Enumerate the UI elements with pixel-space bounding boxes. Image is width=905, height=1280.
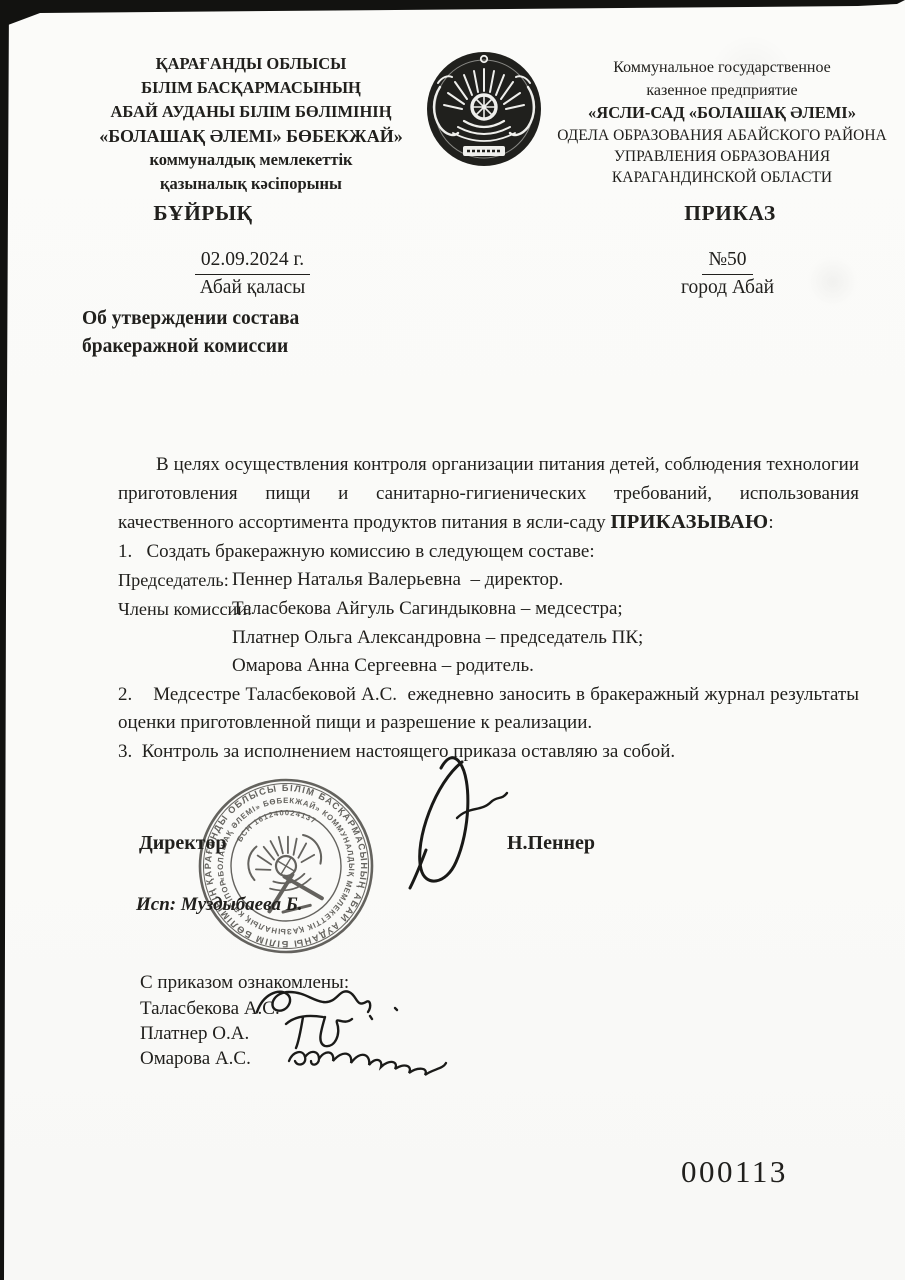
org-name-russian: Коммунальное государственное казенное пр… [548,57,896,188]
org-ru-line: «ЯСЛИ-САД «БОЛАШАҚ ӘЛЕМІ» [548,102,896,125]
org-name-kazakh: ҚАРАҒАНДЫ ОБЛЫСЫ БІЛІМ БАСҚАРМАСЫНЫҢ АБА… [72,52,430,196]
subject-line: Об утверждении состава [82,305,299,333]
ack-name: Омарова А.С. [140,1048,251,1069]
order-subject: Об утверждении состава бракеражной комис… [82,305,299,360]
ack-name: Платнер О.А. [140,1023,249,1044]
org-ru-line: ОДЕЛА ОБРАЗОВАНИЯ АБАЙСКОГО РАЙОНА [548,125,896,146]
order-title-russian: ПРИКАЗ [645,201,815,226]
intro-keyword: ПРИКАЗЫВАЮ [610,511,768,533]
order-date: 02.09.2024 г. [195,247,310,275]
org-ru-line: КАРАГАНДИНСКОЙ ОБЛАСТИ [548,167,896,188]
order-number: №50 [702,247,752,275]
order-place-kk: Абай қаласы [155,275,350,301]
org-ru-line: казенное предприятие [548,80,896,103]
director-role-label: Директор [139,832,227,855]
org-kk-line: коммуналдық мемлекеттік [72,148,430,172]
director-signature [350,754,512,896]
intro-colon: : [768,512,773,533]
order-item-1: 1. Создать бракеражную комиссию в следую… [118,538,859,567]
org-ru-line: Коммунальное государственное [548,57,896,80]
commission-roster: Председатель: Пеннер Наталья Валерьевна … [118,566,859,680]
org-kk-line: ҚАРАҒАНДЫ ОБЛЫСЫ [72,52,430,76]
omarova-signature [284,1032,450,1078]
org-kk-line: АБАЙ АУДАНЫ БІЛІМ БӨЛІМІНІҢ [72,100,430,124]
order-item-2: 2. Медсестре Таласбековой А.С. ежедневно… [118,681,859,738]
org-ru-line: УПРАВЛЕНИЯ ОБРАЗОВАНИЯ [548,146,896,167]
intro-paragraph: В целях осуществления контроля организац… [118,451,859,538]
members-label: Члены комиссии: [118,595,232,624]
order-number-block: №50 город Абай [645,247,810,301]
kazakhstan-state-emblem-icon [424,40,544,174]
official-round-stamp: ҚАРАҒАНДЫ ОБЛЫСЫ БІЛІМ БАСҚАРМАСЫНЫҢ АБА… [196,776,376,956]
director-name: Н.Пеннер [507,832,595,855]
order-date-block: 02.09.2024 г. Абай қаласы [155,247,350,301]
executor-note: Исп: Муздыбаева Б. [136,894,303,916]
org-kk-line: қазыналық кәсіпорыны [72,172,430,196]
order-body: В целях осуществления контроля организац… [118,451,859,767]
page-number: 000113 [681,1154,788,1190]
acknowledgment-block: С приказом ознакомлены: Таласбекова А.С.… [140,970,349,1071]
ack-row: Омарова А.С. [140,1046,349,1071]
org-kk-line: БІЛІМ БАСҚАРМАСЫНЫҢ [72,76,430,100]
subject-line: бракеражной комиссии [82,333,299,361]
member-value: Омарова Анна Сергеевна – родитель. [232,652,859,681]
roster-label-spacer [118,624,232,653]
org-kk-line: «БОЛАШАҚ ӘЛЕМІ» БӨБЕКЖАЙ» [72,124,430,148]
scanned-order-document: ҚАРАҒАНДЫ ОБЛЫСЫ БІЛІМ БАСҚАРМАСЫНЫҢ АБА… [0,0,905,1280]
roster-label-spacer [118,652,232,681]
order-place-ru: город Абай [645,275,810,301]
chair-label: Председатель: [118,566,232,595]
order-title-kazakh: БҰЙРЫҚ [118,201,288,226]
chair-value: Пеннер Наталья Валерьевна – директор. [232,566,859,595]
member-value: Платнер Ольга Александровна – председате… [232,624,859,653]
member-value: Таласбекова Айгуль Сагиндыковна – медсес… [232,595,859,624]
